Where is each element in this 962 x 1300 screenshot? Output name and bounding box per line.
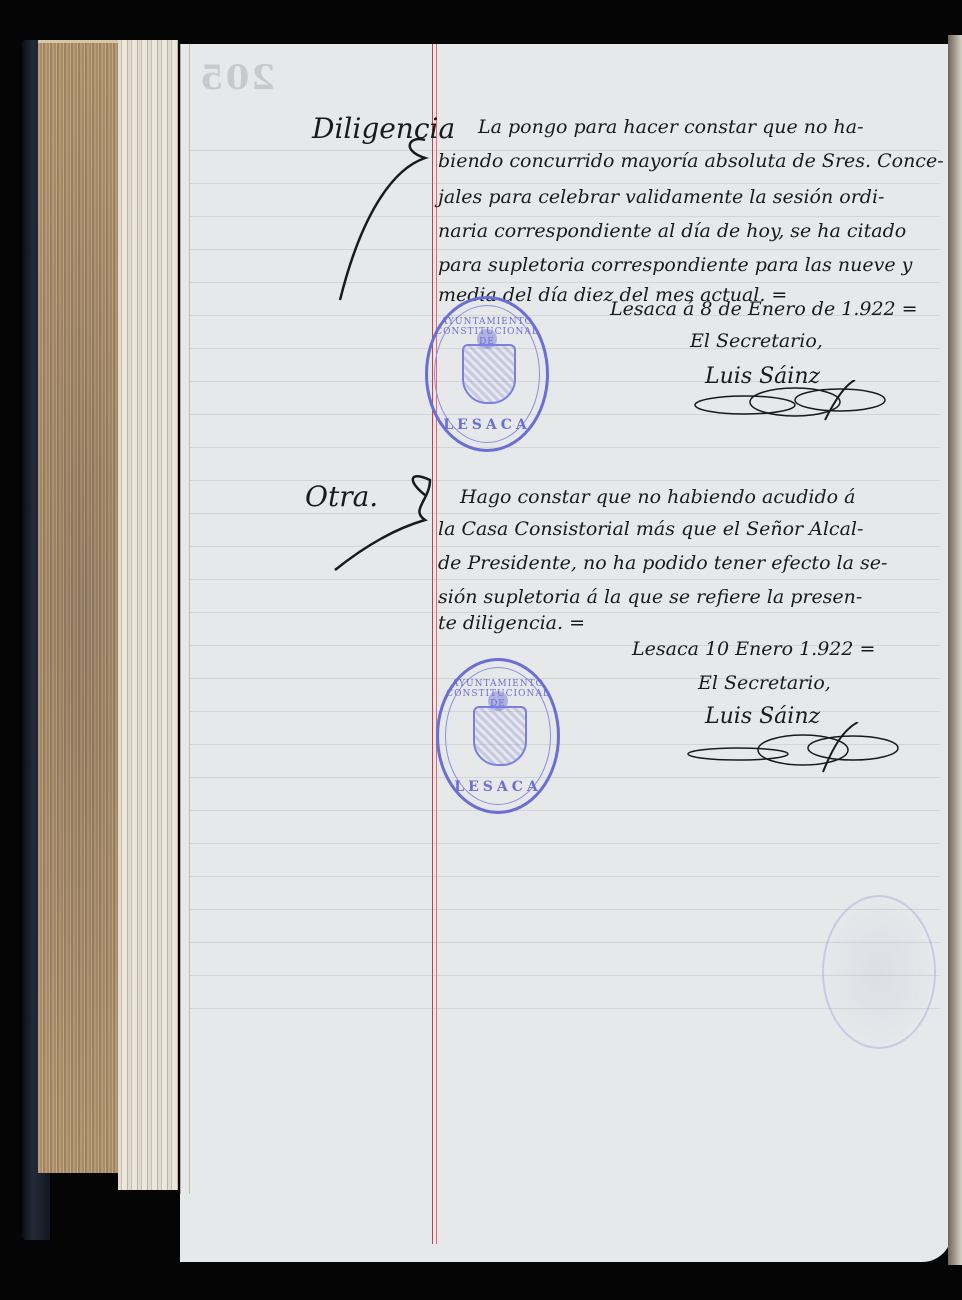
place-date: Lesaca 10 Enero 1.922 = xyxy=(632,634,875,664)
coat-of-arms-icon xyxy=(473,706,527,766)
signatory-title: El Secretario, xyxy=(698,668,831,698)
entry-line: de Presidente, no ha podido tener efecto… xyxy=(438,548,887,578)
place-date: Lesaca á 8 de Enero de 1.922 = xyxy=(610,294,918,324)
page-stack xyxy=(118,40,178,1190)
page-border xyxy=(180,44,190,1194)
municipal-stamp: AYUNTAMIENTO CONSTITUCIONAL DE LESACA xyxy=(425,296,549,452)
entry-line: Hago constar que no habiendo acudido á xyxy=(460,482,855,512)
entry-line: La pongo para hacer constar que no ha- xyxy=(478,112,864,142)
entry-line: para supletoria correspondiente para las… xyxy=(438,250,912,280)
entry-line: biendo concurrido mayoría absoluta de Sr… xyxy=(438,146,944,176)
entry-line: naria correspondiente al día de hoy, se … xyxy=(438,216,906,246)
municipal-stamp: AYUNTAMIENTO CONSTITUCIONAL DE LESACA xyxy=(436,658,560,814)
entry-line: la Casa Consistorial más que el Señor Al… xyxy=(438,514,863,544)
bracket-flourish-icon xyxy=(330,470,440,580)
bleedthrough-stamp xyxy=(822,895,936,1049)
coat-of-arms-icon xyxy=(462,344,516,404)
facing-page-edge xyxy=(948,35,962,1265)
entry-line: te diligencia. = xyxy=(438,608,585,638)
page-number-bleedthrough: 205 xyxy=(198,58,275,98)
signature-flourish-icon xyxy=(683,722,903,777)
entry-line: jales para celebrar validamente la sesió… xyxy=(438,182,884,212)
signatory-title: El Secretario, xyxy=(690,326,823,356)
bracket-flourish-icon xyxy=(330,130,440,310)
signature-flourish-icon xyxy=(685,380,895,430)
